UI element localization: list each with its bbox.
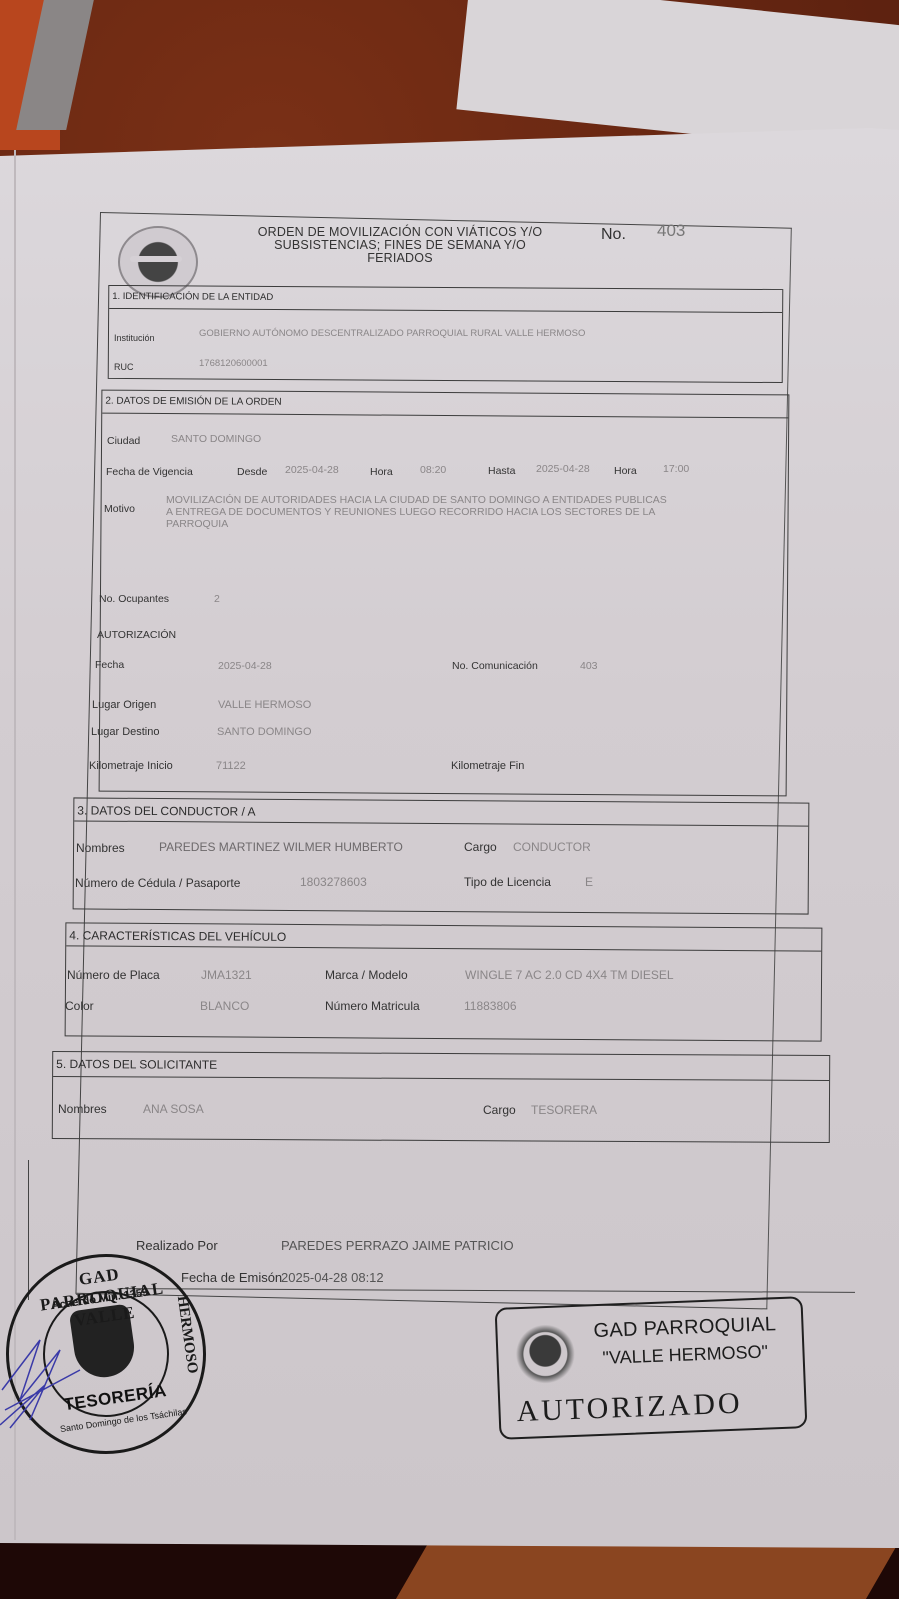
ciudad-label: Ciudad bbox=[107, 435, 140, 447]
desde-value: 2025-04-28 bbox=[285, 464, 339, 476]
hasta-label: Hasta bbox=[488, 465, 515, 477]
km-inicio-value: 71122 bbox=[216, 760, 246, 772]
marca-value: WINGLE 7 AC 2.0 CD 4X4 TM DIESEL bbox=[465, 968, 674, 982]
comunicacion-value: 403 bbox=[580, 660, 598, 672]
ocupantes-label: No. Ocupantes bbox=[99, 593, 169, 605]
stamp-line-2: "VALLE HERMOSO" bbox=[602, 1342, 768, 1369]
solicitante-cargo-value: TESORERA bbox=[531, 1103, 597, 1117]
fecha-value: 2025-04-28 bbox=[218, 660, 272, 672]
cedula-value: 1803278603 bbox=[300, 875, 367, 889]
origen-value: VALLE HERMOSO bbox=[218, 699, 311, 711]
section-solicitante: 5. DATOS DEL SOLICITANTE bbox=[52, 1051, 830, 1143]
section-heading: 1. IDENTIFICACIÓN DE LA ENTIDAD bbox=[109, 286, 782, 313]
motivo-line: PARROQUIA bbox=[166, 518, 667, 530]
conductor-nombres-label: Nombres bbox=[76, 841, 125, 855]
ruc-value: 1768120600001 bbox=[199, 358, 268, 369]
placa-label: Número de Placa bbox=[67, 968, 160, 982]
document-title: ORDEN DE MOVILIZACIÓN CON VIÁTICOS Y/O S… bbox=[215, 226, 585, 265]
hora-hasta-value: 17:00 bbox=[663, 463, 689, 475]
conductor-cargo-label: Cargo bbox=[464, 840, 497, 854]
section-conductor: 3. DATOS DEL CONDUCTOR / A bbox=[73, 797, 810, 914]
signature bbox=[0, 1330, 110, 1430]
hora-desde-label: Hora bbox=[370, 466, 393, 478]
autorizacion-label: AUTORIZACIÓN bbox=[97, 629, 176, 641]
ocupantes-value: 2 bbox=[214, 593, 220, 605]
section-heading: 2. DATOS DE EMISIÓN DE LA ORDEN bbox=[102, 391, 788, 419]
comunicacion-label: No. Comunicación bbox=[452, 660, 538, 672]
title-line: FERIADOS bbox=[215, 252, 585, 265]
origen-label: Lugar Origen bbox=[92, 699, 156, 711]
order-number-value: 403 bbox=[657, 221, 685, 241]
order-number-label: No. bbox=[601, 226, 626, 244]
destino-label: Lugar Destino bbox=[91, 726, 160, 738]
autorizado-stamp: GAD PARROQUIAL "VALLE HERMOSO" AUTORIZAD… bbox=[495, 1296, 808, 1440]
km-inicio-label: Kilometraje Inicio bbox=[89, 760, 173, 772]
fecha-label: Fecha bbox=[95, 659, 124, 671]
km-fin-label: Kilometraje Fin bbox=[451, 760, 524, 772]
institution-logo-key bbox=[130, 256, 182, 262]
licencia-value: E bbox=[585, 875, 593, 889]
ciudad-value: SANTO DOMINGO bbox=[171, 433, 261, 445]
section-heading: 3. DATOS DEL CONDUCTOR / A bbox=[74, 798, 808, 826]
motivo-value: MOVILIZACIÓN DE AUTORIDADES HACIA LA CIU… bbox=[166, 494, 667, 530]
realizado-value: PAREDES PERRAZO JAIME PATRICIO bbox=[281, 1238, 514, 1253]
emision-value: 2025-04-28 08:12 bbox=[281, 1270, 384, 1285]
section-heading: 5. DATOS DEL SOLICITANTE bbox=[53, 1052, 829, 1081]
licencia-label: Tipo de Licencia bbox=[464, 875, 551, 889]
conductor-cargo-value: CONDUCTOR bbox=[513, 840, 591, 854]
vigencia-label: Fecha de Vigencia bbox=[106, 466, 193, 478]
background-table bbox=[395, 1540, 899, 1599]
solicitante-nombres-label: Nombres bbox=[58, 1102, 107, 1116]
institucion-label: Institución bbox=[114, 333, 155, 343]
stamp-line-1: GAD PARROQUIAL bbox=[593, 1313, 777, 1343]
motivo-label: Motivo bbox=[104, 503, 135, 515]
destino-value: SANTO DOMINGO bbox=[217, 726, 312, 738]
color-label: Color bbox=[65, 999, 94, 1013]
ruc-label: RUC bbox=[114, 362, 134, 372]
solicitante-cargo-label: Cargo bbox=[483, 1103, 516, 1117]
section-vehiculo: 4. CARACTERÍSTICAS DEL VEHÍCULO bbox=[65, 922, 823, 1041]
motivo-line: MOVILIZACIÓN DE AUTORIDADES HACIA LA CIU… bbox=[166, 494, 667, 506]
matricula-value: 11883806 bbox=[464, 999, 517, 1013]
institucion-value: GOBIERNO AUTÓNOMO DESCENTRALIZADO PARROQ… bbox=[199, 328, 585, 339]
realizado-label: Realizado Por bbox=[136, 1238, 218, 1253]
emision-label: Fecha de Emisón bbox=[181, 1270, 282, 1285]
section-emision: 2. DATOS DE EMISIÓN DE LA ORDEN bbox=[99, 390, 790, 797]
desde-label: Desde bbox=[237, 466, 267, 478]
cedula-label: Número de Cédula / Pasaporte bbox=[75, 876, 240, 890]
section-heading: 4. CARACTERÍSTICAS DEL VEHÍCULO bbox=[66, 923, 821, 951]
hora-hasta-label: Hora bbox=[614, 465, 637, 477]
coat-of-arms-icon bbox=[507, 1321, 583, 1388]
solicitante-nombres-value: ANA SOSA bbox=[143, 1102, 204, 1116]
stamp-line-3: AUTORIZADO bbox=[516, 1387, 743, 1430]
color-value: BLANCO bbox=[200, 999, 249, 1013]
placa-value: JMA1321 bbox=[201, 968, 252, 982]
motivo-line: A ENTREGA DE DOCUMENTOS Y REUNIONES LUEG… bbox=[166, 506, 667, 518]
hora-desde-value: 08:20 bbox=[420, 464, 446, 476]
hasta-value: 2025-04-28 bbox=[536, 463, 590, 475]
conductor-nombres-value: PAREDES MARTINEZ WILMER HUMBERTO bbox=[159, 840, 403, 854]
matricula-label: Número Matricula bbox=[325, 999, 420, 1013]
marca-label: Marca / Modelo bbox=[325, 968, 408, 982]
